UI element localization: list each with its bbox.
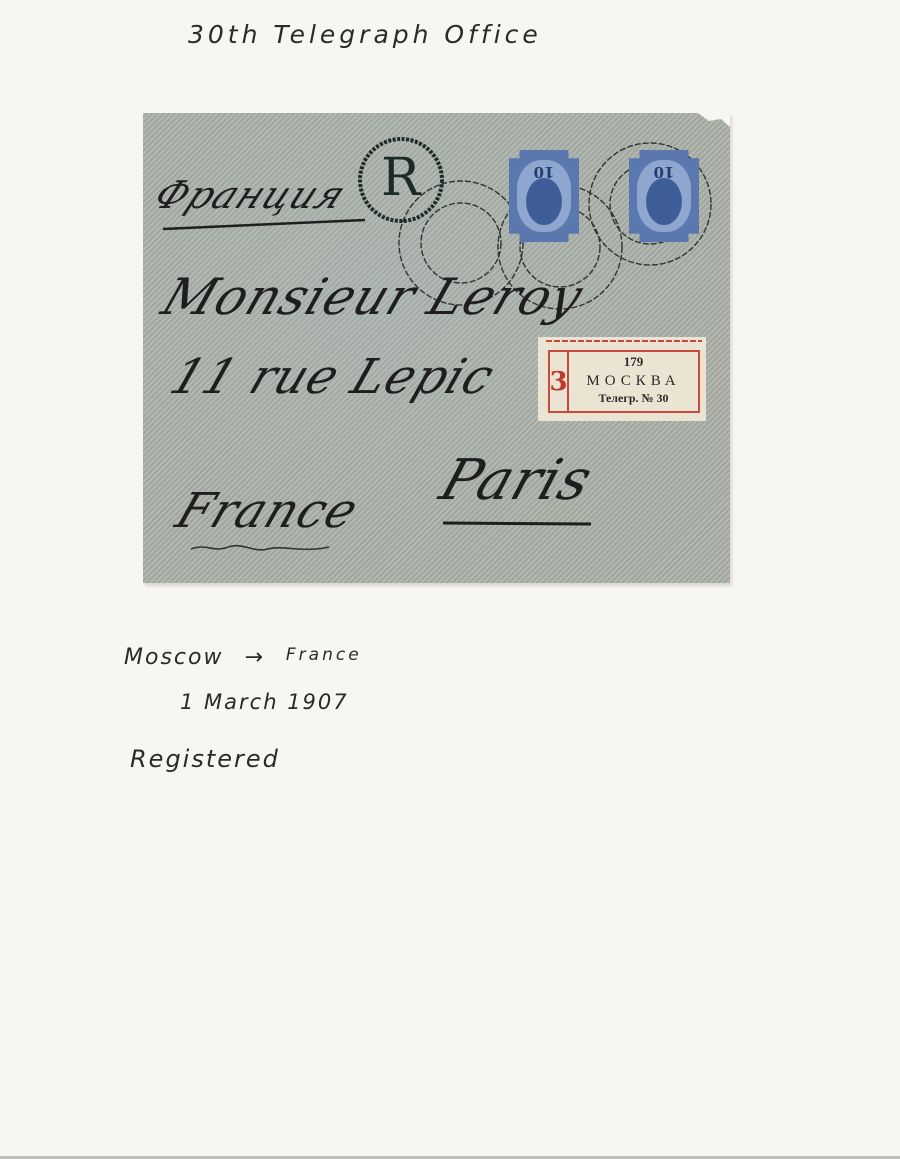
handwritten-title: 30th Telegraph Office [188,20,542,49]
registration-code: 3 [550,352,569,411]
handwritten-country: France [169,483,366,539]
registration-city: МОСКВА [569,373,698,390]
handwritten-city: Paris [432,448,600,513]
registration-label: 3 179 МОСКВА Телегр. № 30 [538,337,706,421]
handwritten-street: 11 rue Lepic [163,349,502,405]
registration-number: 179 [569,354,698,370]
postage-stamp: 10 [629,150,699,242]
handwritten-country-russian: Франция [147,173,354,217]
arrow-right-icon: → [244,645,264,670]
origin-note: Moscow [124,645,223,670]
registration-r-letter: R [381,148,421,208]
envelope: Франция Monsieur Leroy 11 rue Lepic Fran… [143,113,730,583]
date-note: 1 March 1907 [180,690,349,714]
destination-note: France [286,645,362,665]
registered-note: Registered [130,745,280,773]
route-note: Moscow → France [124,645,362,670]
handwritten-addressee: Monsieur Leroy [154,268,591,326]
registration-office: Телегр. № 30 [569,391,698,406]
postage-stamp: 10 [509,150,579,242]
